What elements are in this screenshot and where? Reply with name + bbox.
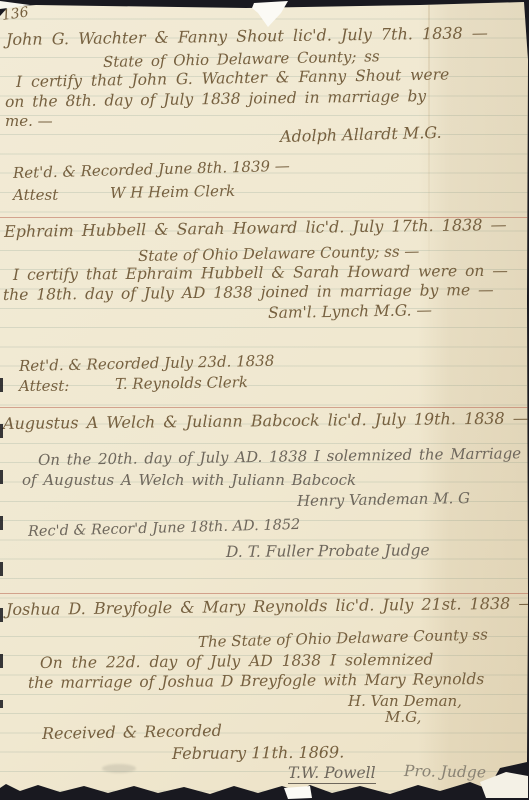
paper-crease	[428, 0, 430, 320]
scanned-ledger-page: { "page_number": "136", "colors": { "pap…	[0, 0, 529, 800]
jurisdiction-line: The State of Ohio Delaware County ss	[198, 625, 488, 651]
clerk-signature: W H Heim Clerk	[110, 182, 235, 202]
certification-line: On the 22d. day of July AD 1838 I solemn…	[40, 651, 434, 672]
officiant-title: M.G,	[385, 708, 421, 726]
recorded-date-line: February 11th. 1869.	[172, 742, 344, 763]
recorded-line: Ret'd. & Recorded July 23d. 1838	[19, 352, 275, 375]
attest-label: Attest	[13, 186, 58, 204]
recorded-line: Received & Recorded	[42, 721, 222, 743]
officiant-signature: Henry Vandeman M. G	[297, 489, 470, 510]
entry-header: Ephraim Hubbell & Sarah Howard lic'd. Ju…	[4, 215, 507, 241]
ledger-paper: 136 John G. Wachter & Fanny Shout lic'd.…	[0, 0, 529, 800]
binding-stitches	[0, 378, 3, 708]
entry-divider	[0, 407, 529, 408]
certification-line: of Augustus A Welch with Juliann Babcock	[22, 471, 356, 489]
entry-header: Joshua D. Breyfogle & Mary Reynolds lic'…	[6, 594, 529, 619]
entry-header: Augustus A Welch & Juliann Babcock lic'd…	[3, 408, 529, 433]
ink-smudge	[102, 764, 136, 773]
certification-line: On the 20th. day of July AD. 1838 I sole…	[38, 444, 521, 469]
certification-line: me. —	[5, 112, 53, 130]
judge-signature: D. T. Fuller Probate Judge	[226, 541, 430, 561]
judge-signature: T.W. Powell	[288, 764, 376, 784]
certification-line: on the 8th. day of July 1838 joined in m…	[5, 87, 426, 111]
clerk-signature: T. Reynolds Clerk	[115, 373, 248, 393]
entry-header: John G. Wachter & Fanny Shout lic'd. Jul…	[6, 23, 488, 49]
attest-label: Attest:	[19, 377, 69, 395]
certification-line: the marriage of Joshua D Breyfogle with …	[28, 670, 485, 692]
recorded-line: Ret'd. & Recorded June 8th. 1839 —	[13, 157, 290, 182]
jurisdiction-line: State of Ohio Delaware County; ss —	[138, 242, 420, 265]
officiant-signature: Adolph Allardt M.G.	[280, 123, 442, 146]
judge-title-pencil: Pro. Judge	[404, 762, 486, 781]
recorded-line: Rec'd & Recor'd June 18th. AD. 1852	[28, 517, 301, 540]
officiant-signature: Sam'l. Lynch M.G. —	[268, 301, 432, 322]
